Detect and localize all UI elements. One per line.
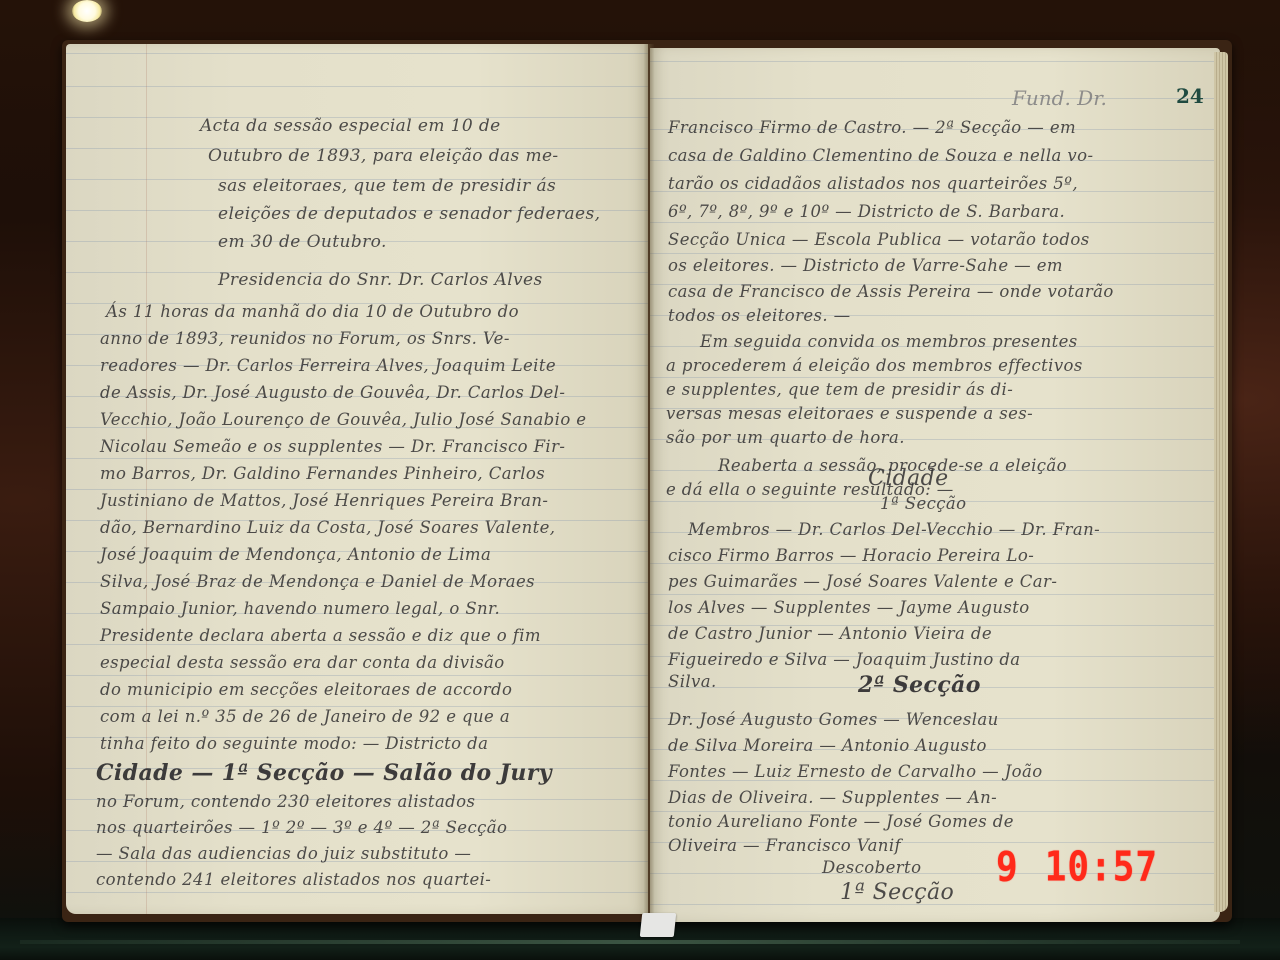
- member-line: Fontes — Luiz Ernesto de Carvalho — João: [668, 762, 1043, 781]
- procedure-line: Em seguida convida os membros presentes: [700, 332, 1078, 351]
- lamp-glare: [72, 0, 102, 22]
- section-line: — Sala das audiencias do juiz substituto…: [96, 844, 471, 863]
- body-line: anno de 1893, reunidos no Forum, os Snrs…: [100, 329, 510, 348]
- descoberto-section-heading: 1ª Secção: [840, 880, 954, 905]
- body-line: Sampaio Junior, havendo numero legal, o …: [100, 599, 500, 618]
- section2-heading: 2ª Secção: [858, 672, 981, 698]
- member-line: Dr. José Augusto Gomes — Wenceslau: [668, 710, 999, 729]
- continuation-line: Secção Unica — Escola Publica — votarão …: [668, 230, 1090, 249]
- body-line: Presidente declara aberta a sessão e diz…: [100, 626, 541, 645]
- member-line: Membros — Dr. Carlos Del-Vecchio — Dr. F…: [688, 520, 1100, 539]
- procedure-line: versas mesas eleitoraes e suspende a ses…: [666, 404, 1033, 423]
- body-line: de Assis, Dr. José Augusto de Gouvêa, Dr…: [100, 383, 565, 402]
- member-line: los Alves — Supplentes — Jayme Augusto: [668, 598, 1030, 617]
- book-gutter: [644, 44, 654, 920]
- page-annotation: Fund. Dr.: [1012, 86, 1107, 110]
- body-line: mo Barros, Dr. Galdino Fernandes Pinheir…: [100, 464, 545, 483]
- body-line: Silva, José Braz de Mendonça e Daniel de…: [100, 572, 535, 591]
- photo-background: Acta da sessão especial em 10 de Outubro…: [0, 0, 1280, 960]
- section-line: no Forum, contendo 230 eleitores alistad…: [96, 792, 475, 811]
- body-line: tinha feito do seguinte modo: — District…: [100, 734, 488, 753]
- title-line: Acta da sessão especial em 10 de: [200, 116, 501, 136]
- section-line: Cidade — 1ª Secção — Salão do Jury: [96, 760, 552, 786]
- body-line: do municipio em secções eleitoraes de ac…: [100, 680, 512, 699]
- title-line: Outubro de 1893, para eleição das me-: [208, 146, 559, 166]
- presidency-line: Presidencia do Snr. Dr. Carlos Alves: [218, 270, 543, 290]
- continuation-line: tarão os cidadãos alistados nos quarteir…: [668, 174, 1078, 193]
- member-line: pes Guimarães — José Soares Valente e Ca…: [668, 572, 1057, 591]
- timestamp-day: 9: [996, 844, 1019, 891]
- member-line: Silva.: [668, 672, 717, 691]
- member-line: de Castro Junior — Antonio Vieira de: [668, 624, 992, 643]
- timestamp-time: 10:57: [1045, 844, 1158, 891]
- member-line: Dias de Oliveira. — Supplentes — An-: [668, 788, 997, 807]
- member-line: de Silva Moreira — Antonio Augusto: [668, 736, 987, 755]
- continuation-line: os eleitores. — Districto de Varre-Sahe …: [668, 256, 1063, 275]
- title-line: em 30 de Outubro.: [218, 232, 387, 252]
- procedure-line: são por um quarto de hora.: [666, 428, 905, 447]
- body-line: Justiniano de Mattos, José Henriques Per…: [100, 491, 548, 510]
- section-line: contendo 241 eleitores alistados nos qua…: [96, 870, 491, 889]
- body-line: Ás 11 horas da manhã do dia 10 de Outubr…: [106, 302, 519, 321]
- city-heading: Cidade: [868, 466, 949, 491]
- procedure-line: e supplentes, que tem de presidir ás di-: [666, 380, 1013, 399]
- body-line: com a lei n.º 35 de 26 de Janeiro de 92 …: [100, 707, 510, 726]
- continuation-line: Francisco Firmo de Castro. — 2ª Secção —…: [668, 118, 1076, 137]
- body-line: Vecchio, João Lourenço de Gouvêa, Julio …: [100, 410, 586, 429]
- member-line: Oliveira — Francisco Vanif: [668, 836, 901, 855]
- continuation-line: todos os eleitores. —: [668, 306, 851, 325]
- procedure-line: a procederem á eleição dos membros effec…: [666, 356, 1083, 375]
- page-number: 24: [1176, 84, 1204, 108]
- continuation-line: casa de Francisco de Assis Pereira — ond…: [668, 282, 1114, 301]
- continuation-line: casa de Galdino Clementino de Souza e ne…: [668, 146, 1093, 165]
- title-line: sas eleitoraes, que tem de presidir ás: [218, 176, 556, 196]
- member-line: tonio Aureliano Fonte — José Gomes de: [668, 812, 1014, 831]
- bookmark-ribbon: [640, 913, 677, 937]
- member-line: Figueiredo e Silva — Joaquim Justino da: [668, 650, 1021, 669]
- member-line: cisco Firmo Barros — Horacio Pereira Lo-: [668, 546, 1034, 565]
- page-edges: [1214, 52, 1228, 912]
- title-line: eleições de deputados e senador federaes…: [218, 204, 600, 224]
- body-line: dão, Bernardino Luiz da Costa, José Soar…: [100, 518, 555, 537]
- glass-reflection: [20, 940, 1240, 944]
- body-line: José Joaquim de Mendonça, Antonio de Lim…: [100, 545, 491, 564]
- body-line: readores — Dr. Carlos Ferreira Alves, Jo…: [100, 356, 556, 375]
- continuation-line: 6º, 7º, 8º, 9º e 10º — Districto de S. B…: [668, 202, 1065, 221]
- descoberto-heading: Descoberto: [822, 858, 921, 877]
- camera-timestamp: 910:57: [996, 844, 1158, 891]
- body-line: Nicolau Semeão e os supplentes — Dr. Fra…: [100, 437, 565, 456]
- section-line: nos quarteirões — 1º 2º — 3º e 4º — 2ª S…: [96, 818, 507, 837]
- section1-heading: 1ª Secção: [880, 494, 967, 513]
- body-line: especial desta sessão era dar conta da d…: [100, 653, 505, 672]
